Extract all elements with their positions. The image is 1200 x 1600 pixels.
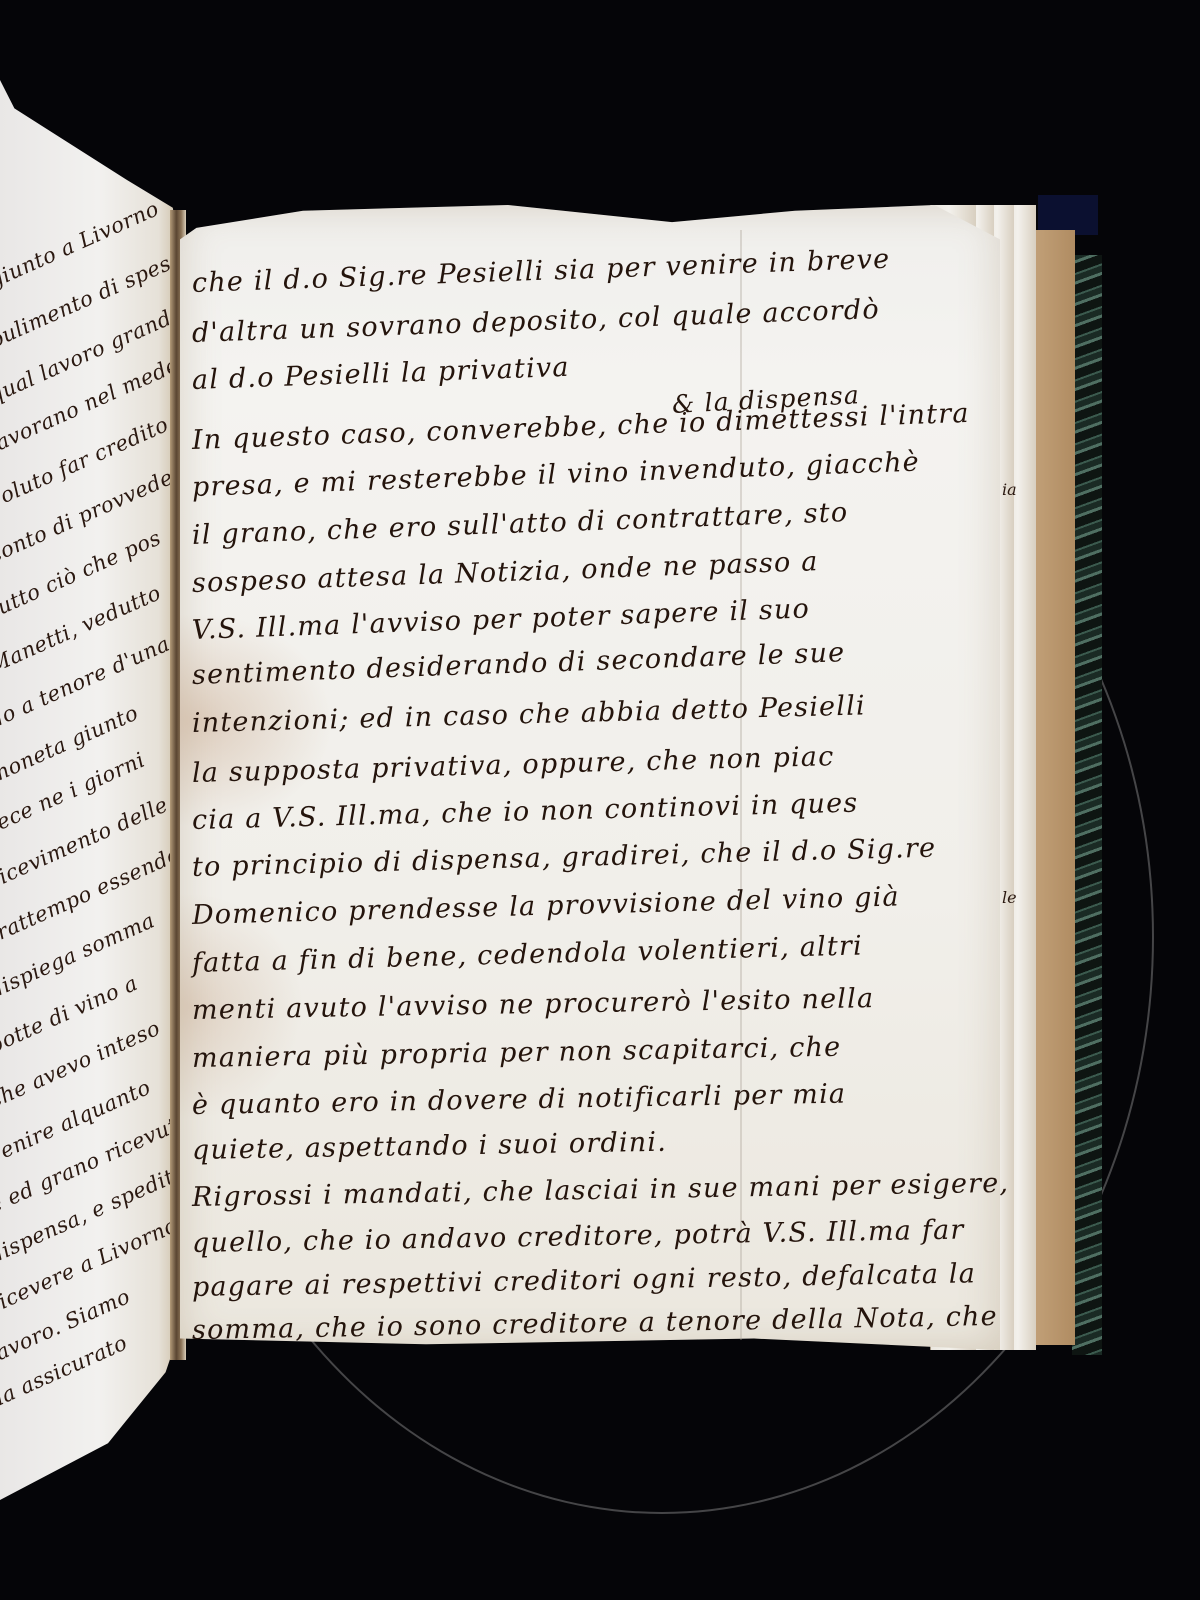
margin-fragment: le (1002, 888, 1017, 907)
book-cover-corner (1038, 195, 1098, 235)
cover-board (1030, 230, 1075, 1345)
left-page: giunto a Livorno pulimento di spese qual… (0, 80, 180, 1500)
margin-fragment: ia (1002, 480, 1017, 499)
marbled-cover-edge (1072, 255, 1102, 1355)
manuscript-photograph: giunto a Livorno pulimento di spese qual… (0, 0, 1200, 1600)
